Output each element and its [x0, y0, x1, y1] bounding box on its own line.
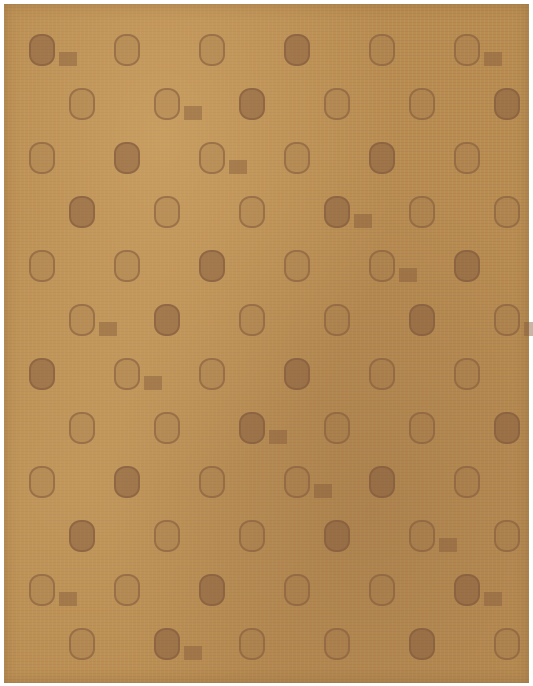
medallion-motif — [199, 250, 225, 282]
medallion-motif — [324, 304, 350, 336]
medallion-motif — [69, 412, 95, 444]
medallion-motif — [239, 628, 265, 660]
medallion-motif — [409, 88, 435, 120]
medallion-motif — [29, 34, 55, 66]
medallion-motif — [369, 34, 395, 66]
medallion-motif — [154, 304, 180, 336]
pattern-block — [399, 268, 417, 282]
medallion-motif — [284, 142, 310, 174]
rug-image — [4, 4, 529, 683]
medallion-motif — [154, 196, 180, 228]
pattern-block — [439, 538, 457, 552]
medallion-motif — [324, 88, 350, 120]
pattern-block — [59, 52, 77, 66]
medallion-motif — [284, 466, 310, 498]
pattern-block — [484, 52, 502, 66]
medallion-motif — [239, 412, 265, 444]
rug-pattern — [4, 4, 529, 683]
pattern-block — [99, 322, 117, 336]
medallion-motif — [239, 304, 265, 336]
medallion-motif — [369, 466, 395, 498]
medallion-motif — [69, 628, 95, 660]
medallion-motif — [199, 574, 225, 606]
medallion-motif — [324, 520, 350, 552]
medallion-motif — [409, 520, 435, 552]
medallion-motif — [284, 574, 310, 606]
medallion-motif — [454, 358, 480, 390]
medallion-motif — [29, 358, 55, 390]
medallion-motif — [199, 142, 225, 174]
medallion-motif — [154, 88, 180, 120]
medallion-motif — [409, 304, 435, 336]
medallion-motif — [69, 520, 95, 552]
medallion-motif — [369, 574, 395, 606]
medallion-motif — [494, 196, 520, 228]
medallion-motif — [199, 34, 225, 66]
pattern-block — [269, 430, 287, 444]
medallion-motif — [409, 196, 435, 228]
medallion-motif — [154, 520, 180, 552]
medallion-motif — [69, 88, 95, 120]
pattern-block — [184, 106, 202, 120]
pattern-block — [59, 592, 77, 606]
medallion-motif — [29, 466, 55, 498]
medallion-motif — [324, 628, 350, 660]
medallion-motif — [114, 34, 140, 66]
medallion-motif — [454, 34, 480, 66]
medallion-motif — [324, 412, 350, 444]
medallion-motif — [29, 142, 55, 174]
medallion-motif — [409, 412, 435, 444]
medallion-motif — [199, 358, 225, 390]
pattern-block — [314, 484, 332, 498]
medallion-motif — [284, 34, 310, 66]
medallion-motif — [114, 358, 140, 390]
pattern-block — [184, 646, 202, 660]
medallion-motif — [29, 574, 55, 606]
pattern-block — [144, 376, 162, 390]
medallion-motif — [494, 304, 520, 336]
pattern-block — [229, 160, 247, 174]
medallion-motif — [69, 304, 95, 336]
medallion-motif — [409, 628, 435, 660]
medallion-motif — [369, 250, 395, 282]
medallion-motif — [494, 628, 520, 660]
pattern-block — [354, 214, 372, 228]
medallion-motif — [494, 88, 520, 120]
medallion-motif — [284, 250, 310, 282]
medallion-motif — [114, 250, 140, 282]
medallion-motif — [239, 196, 265, 228]
medallion-motif — [114, 466, 140, 498]
medallion-motif — [284, 358, 310, 390]
pattern-block — [524, 322, 533, 336]
medallion-motif — [454, 466, 480, 498]
medallion-motif — [239, 520, 265, 552]
medallion-motif — [199, 466, 225, 498]
medallion-motif — [369, 142, 395, 174]
medallion-motif — [29, 250, 55, 282]
medallion-motif — [454, 250, 480, 282]
medallion-motif — [369, 358, 395, 390]
medallion-motif — [494, 412, 520, 444]
medallion-motif — [494, 520, 520, 552]
medallion-motif — [239, 88, 265, 120]
medallion-motif — [324, 196, 350, 228]
medallion-motif — [154, 412, 180, 444]
medallion-motif — [114, 574, 140, 606]
medallion-motif — [69, 196, 95, 228]
pattern-block — [484, 592, 502, 606]
medallion-motif — [454, 574, 480, 606]
medallion-motif — [154, 628, 180, 660]
medallion-motif — [114, 142, 140, 174]
medallion-motif — [454, 142, 480, 174]
